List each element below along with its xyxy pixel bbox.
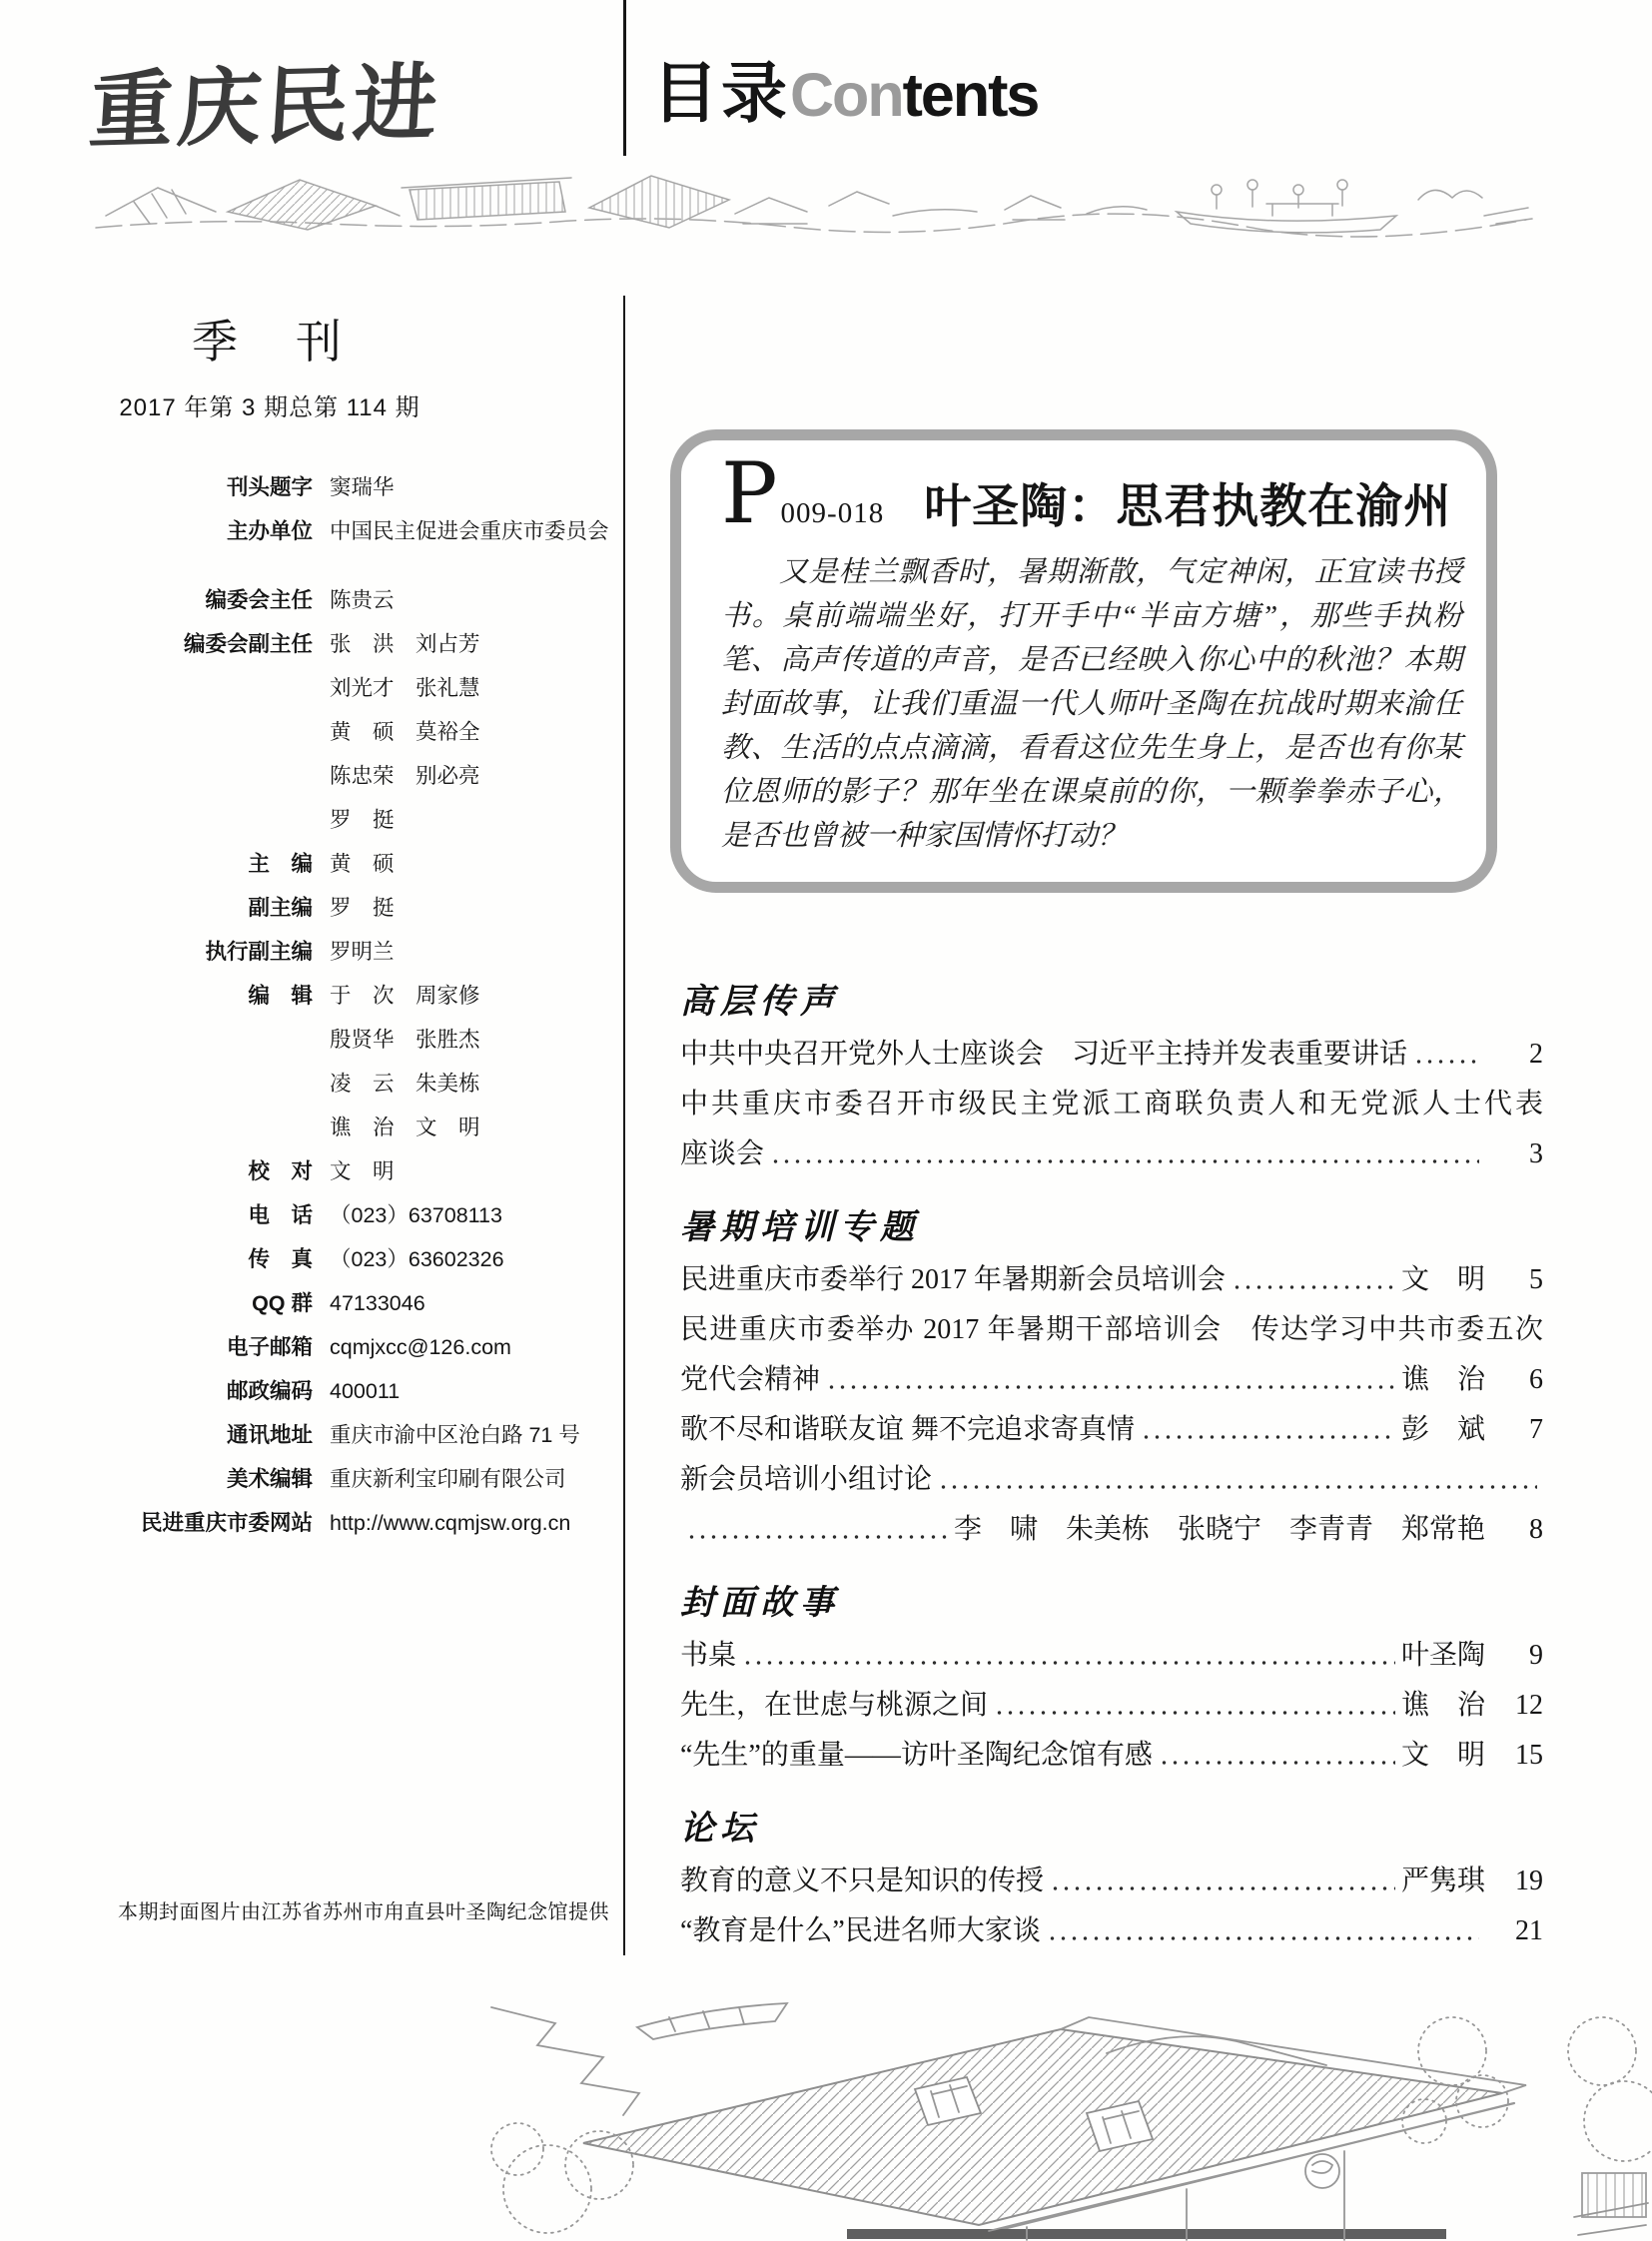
top-sketch-illustration bbox=[88, 150, 1564, 240]
toc-entry-title: “教育是什么”民进名师大家谈 bbox=[680, 1913, 1041, 1949]
masthead-label: 邮政编码 bbox=[95, 1380, 313, 1403]
masthead-label bbox=[95, 809, 313, 832]
toc-entry: 中共中央召开党外人士座谈会 习近平主持并发表重要讲话2 bbox=[680, 1037, 1553, 1073]
masthead-label: 编委会主任 bbox=[95, 589, 313, 612]
feature-title: 叶圣陶：思君执教在渝州 bbox=[924, 469, 1451, 536]
masthead-label bbox=[95, 1073, 313, 1096]
masthead-row: 民进重庆市委网站http://www.cqmjsw.org.cn bbox=[95, 1512, 610, 1535]
dot-leader bbox=[1413, 1037, 1479, 1073]
masthead-label: 编 辑 bbox=[95, 985, 313, 1008]
toc-entry: 中共重庆市委召开市级民主党派工商联负责人和无党派人士代表座谈会3 bbox=[680, 1087, 1553, 1172]
toc-entry-line: 座谈会3 bbox=[680, 1136, 1543, 1172]
toc-entry-title: 教育的意义不只是知识的传授 bbox=[680, 1864, 1044, 1899]
toc-section: 论坛教育的意义不只是知识的传授严隽琪19“教育是什么”民进名师大家谈21 bbox=[680, 1810, 1553, 1949]
toc-section-header: 暑期培训专题 bbox=[680, 1208, 1553, 1246]
feature-page-prefix: P bbox=[721, 454, 778, 534]
masthead-row: 执行副主编罗明兰 bbox=[95, 941, 610, 964]
masthead-label: 传 真 bbox=[95, 1248, 313, 1271]
toc-entry-author: 严隽琪 bbox=[1401, 1864, 1485, 1899]
masthead-row: 编委会主任陈贵云 bbox=[95, 589, 610, 612]
masthead-row: 通讯地址重庆市渝中区沧白路 71 号 bbox=[95, 1424, 610, 1447]
toc-page-number: 12 bbox=[1497, 1688, 1543, 1724]
dot-leader bbox=[938, 1462, 1537, 1498]
toc-section: 高层传声中共中央召开党外人士座谈会 习近平主持并发表重要讲话2中共重庆市委召开市… bbox=[680, 983, 1553, 1172]
feature-summary: 又是桂兰飘香时，暑期渐散，气定神闲，正宜读书授书。桌前端端坐好，打开手中“半亩方… bbox=[721, 550, 1462, 858]
toc-entry-line: 中共重庆市委召开市级民主党派工商联负责人和无党派人士代表 bbox=[680, 1087, 1543, 1122]
masthead-value: cqmjxcc@126.com bbox=[330, 1336, 511, 1359]
toc-entry-line: 歌不尽和谐联友谊 舞不完追求寄真情彭 斌7 bbox=[680, 1412, 1543, 1448]
masthead-value: 凌 云 朱美栋 bbox=[330, 1073, 480, 1096]
toc-entry-line: 民进重庆市委举行 2017 年暑期新会员培训会文 明5 bbox=[680, 1262, 1543, 1298]
masthead-rows: 刊头题字窦瑞华主办单位中国民主促进会重庆市委员会编委会主任陈贵云编委会副主任张 … bbox=[95, 476, 610, 1535]
masthead-row: 编 辑于 次 周家修 bbox=[95, 985, 610, 1008]
toc-entry-title: 中共中央召开党外人士座谈会 习近平主持并发表重要讲话 bbox=[680, 1037, 1407, 1073]
masthead-label: 电子邮箱 bbox=[95, 1336, 313, 1359]
masthead-value: 刘光才 张礼慧 bbox=[330, 677, 480, 700]
masthead-label: 副主编 bbox=[95, 897, 313, 920]
toc-page-number: 15 bbox=[1497, 1738, 1543, 1774]
masthead-row: 刘光才 张礼慧 bbox=[95, 677, 610, 700]
bottom-sketch-illustration bbox=[487, 1993, 1652, 2241]
toc-entry-author: 文 明 bbox=[1401, 1738, 1485, 1774]
dot-leader bbox=[686, 1512, 948, 1548]
journal-heading: 季 刊 2017 年第 3 期总第 114 期 bbox=[95, 306, 444, 422]
masthead-row: 电 话（023）63708113 bbox=[95, 1204, 610, 1227]
masthead-label bbox=[95, 1117, 313, 1139]
masthead-row: 编委会副主任张 洪 刘占芳 bbox=[95, 633, 610, 656]
dot-leader bbox=[1047, 1913, 1479, 1949]
contents-title-zh: 目录 bbox=[652, 58, 790, 131]
masthead-value: 罗 挺 bbox=[330, 809, 395, 832]
masthead-value: 黄 硕 bbox=[330, 853, 395, 876]
masthead-row: 美术编辑重庆新利宝印刷有限公司 bbox=[95, 1468, 610, 1491]
masthead-value: 重庆市渝中区沧白路 71 号 bbox=[330, 1424, 580, 1447]
toc-entry: 歌不尽和谐联友谊 舞不完追求寄真情彭 斌7 bbox=[680, 1412, 1553, 1448]
magazine-contents-page: 重庆民进 目录Contents bbox=[0, 0, 1652, 2241]
toc-entry-line: 民进重庆市委举办 2017 年暑期干部培训会 传达学习中共市委五次 bbox=[680, 1312, 1543, 1348]
toc-page-number: 2 bbox=[1497, 1037, 1543, 1073]
dot-leader bbox=[1050, 1864, 1395, 1899]
toc-entry-line: 新会员培训小组讨论 bbox=[680, 1462, 1543, 1498]
toc-entry-title: “先生”的重量——访叶圣陶纪念馆有感 bbox=[680, 1738, 1153, 1774]
dot-leader bbox=[742, 1638, 1395, 1674]
toc-entry-title: 座谈会 bbox=[680, 1136, 764, 1172]
masthead-row: 主 编黄 硕 bbox=[95, 853, 610, 876]
masthead-label: 校 对 bbox=[95, 1160, 313, 1183]
issue-line: 2017 年第 3 期总第 114 期 bbox=[95, 387, 444, 422]
toc-page-number: 9 bbox=[1497, 1638, 1543, 1674]
masthead-column: 季 刊 2017 年第 3 期总第 114 期 刊头题字窦瑞华主办单位中国民主促… bbox=[95, 306, 610, 1556]
toc-section-header: 论坛 bbox=[680, 1810, 1553, 1848]
toc-section: 暑期培训专题民进重庆市委举行 2017 年暑期新会员培训会文 明5民进重庆市委举… bbox=[680, 1208, 1553, 1548]
header-divider bbox=[623, 0, 626, 156]
masthead-row: 主办单位中国民主促进会重庆市委员会 bbox=[95, 520, 610, 543]
toc-entry-author: 叶圣陶 bbox=[1401, 1638, 1485, 1674]
toc-page-number: 3 bbox=[1497, 1136, 1543, 1172]
magazine-title-calligraphy: 重庆民进 bbox=[86, 35, 444, 165]
toc-entry-line: 书桌叶圣陶9 bbox=[680, 1638, 1543, 1674]
dot-leader bbox=[1141, 1412, 1395, 1448]
contents-title-en-gray: Con bbox=[790, 61, 903, 129]
feature-story-box: P009-018 叶圣陶：思君执教在渝州 又是桂兰飘香时，暑期渐散，气定神闲，正… bbox=[670, 429, 1497, 893]
masthead-row: 校 对文 明 bbox=[95, 1160, 610, 1183]
masthead-value: 窦瑞华 bbox=[330, 476, 395, 499]
masthead-row: 黄 硕 莫裕全 bbox=[95, 721, 610, 744]
contents-column: P009-018 叶圣陶：思君执教在渝州 又是桂兰飘香时，暑期渐散，气定神闲，正… bbox=[654, 429, 1553, 1985]
feature-title-row: P009-018 叶圣陶：思君执教在渝州 bbox=[721, 454, 1462, 536]
masthead-value: （023）63708113 bbox=[330, 1204, 502, 1227]
toc-entry: “先生”的重量——访叶圣陶纪念馆有感文 明15 bbox=[680, 1738, 1553, 1774]
masthead-label: 主办单位 bbox=[95, 520, 313, 543]
masthead-row: 副主编罗 挺 bbox=[95, 897, 610, 920]
column-divider bbox=[623, 296, 625, 1955]
toc-page-number: 19 bbox=[1497, 1864, 1543, 1899]
masthead-value: 陈贵云 bbox=[330, 589, 395, 612]
toc-page-number: 8 bbox=[1497, 1512, 1543, 1548]
masthead-row: 刊头题字窦瑞华 bbox=[95, 476, 610, 499]
toc-page-number: 6 bbox=[1497, 1362, 1543, 1398]
masthead-row: 凌 云 朱美栋 bbox=[95, 1073, 610, 1096]
masthead-value: 于 次 周家修 bbox=[330, 985, 480, 1008]
masthead-label: QQ 群 bbox=[95, 1292, 313, 1315]
toc-entry-line: 李 啸 朱美栋 张晓宁 李青青 郑常艳8 bbox=[680, 1512, 1543, 1548]
toc-entry-author: 谯 治 bbox=[1401, 1362, 1485, 1398]
toc: 高层传声中共中央召开党外人士座谈会 习近平主持并发表重要讲话2中共重庆市委召开市… bbox=[654, 983, 1553, 1949]
toc-entry-title: 党代会精神 bbox=[680, 1362, 820, 1398]
masthead-value: 张 洪 刘占芳 bbox=[330, 633, 480, 656]
masthead-value: 中国民主促进会重庆市委员会 bbox=[330, 520, 609, 543]
masthead-label: 刊头题字 bbox=[95, 476, 313, 499]
contents-title-en-black: tents bbox=[903, 61, 1039, 129]
masthead-row: 殷贤华 张胜杰 bbox=[95, 1029, 610, 1052]
masthead-value: 罗明兰 bbox=[330, 941, 395, 964]
dot-leader bbox=[1232, 1262, 1395, 1298]
toc-section-header: 高层传声 bbox=[680, 983, 1553, 1021]
toc-entry-title: 民进重庆市委举行 2017 年暑期新会员培训会 bbox=[680, 1262, 1226, 1298]
toc-section: 封面故事书桌叶圣陶9先生，在世虑与桃源之间谯 治12“先生”的重量——访叶圣陶纪… bbox=[680, 1584, 1553, 1774]
masthead-value: 重庆新利宝印刷有限公司 bbox=[330, 1468, 566, 1491]
masthead-label: 编委会副主任 bbox=[95, 633, 313, 656]
toc-entry: 民进重庆市委举行 2017 年暑期新会员培训会文 明5 bbox=[680, 1262, 1553, 1298]
toc-entry: 新会员培训小组讨论李 啸 朱美栋 张晓宁 李青青 郑常艳8 bbox=[680, 1462, 1553, 1548]
toc-entry-title: 歌不尽和谐联友谊 舞不完追求寄真情 bbox=[680, 1412, 1135, 1448]
masthead-value: （023）63602326 bbox=[330, 1248, 504, 1271]
toc-entry-title: 先生，在世虑与桃源之间 bbox=[680, 1688, 988, 1724]
masthead-label: 电 话 bbox=[95, 1204, 313, 1227]
feature-page-range: 009-018 bbox=[781, 497, 885, 530]
toc-entry-title: 民进重庆市委举办 2017 年暑期干部培训会 传达学习中共市委五次 bbox=[680, 1312, 1543, 1348]
toc-page-number: 7 bbox=[1497, 1412, 1543, 1448]
masthead-value: 黄 硕 莫裕全 bbox=[330, 721, 480, 744]
toc-section-header: 封面故事 bbox=[680, 1584, 1553, 1622]
masthead-row: 谯 治 文 明 bbox=[95, 1117, 610, 1139]
dot-leader bbox=[1159, 1738, 1395, 1774]
toc-entry-author: 文 明 bbox=[1401, 1262, 1485, 1298]
toc-entry-line: 中共中央召开党外人士座谈会 习近平主持并发表重要讲话2 bbox=[680, 1037, 1543, 1073]
masthead-label: 美术编辑 bbox=[95, 1468, 313, 1491]
toc-entry-line: 教育的意义不只是知识的传授严隽琪19 bbox=[680, 1864, 1543, 1899]
toc-page-number: 5 bbox=[1497, 1262, 1543, 1298]
masthead-value: 罗 挺 bbox=[330, 897, 395, 920]
toc-entry-line: “教育是什么”民进名师大家谈21 bbox=[680, 1913, 1543, 1949]
toc-entry-title: 新会员培训小组讨论 bbox=[680, 1462, 932, 1498]
masthead-value: 殷贤华 张胜杰 bbox=[330, 1029, 480, 1052]
masthead-value: 谯 治 文 明 bbox=[330, 1117, 480, 1139]
masthead-row: 传 真（023）63602326 bbox=[95, 1248, 610, 1271]
toc-entry: 教育的意义不只是知识的传授严隽琪19 bbox=[680, 1864, 1553, 1899]
toc-entry: 书桌叶圣陶9 bbox=[680, 1638, 1553, 1674]
masthead-value: 400011 bbox=[330, 1380, 400, 1403]
toc-entry-line: 先生，在世虑与桃源之间谯 治12 bbox=[680, 1688, 1543, 1724]
masthead-label: 执行副主编 bbox=[95, 941, 313, 964]
masthead-label: 通讯地址 bbox=[95, 1424, 313, 1447]
masthead-row: 电子邮箱cqmjxcc@126.com bbox=[95, 1336, 610, 1359]
dot-leader bbox=[826, 1362, 1395, 1398]
masthead-label bbox=[95, 721, 313, 744]
masthead-row: 陈忠荣 别必亮 bbox=[95, 765, 610, 788]
masthead-label bbox=[95, 677, 313, 700]
masthead-row: QQ 群47133046 bbox=[95, 1292, 610, 1315]
contents-title: 目录Contents bbox=[652, 62, 1038, 128]
masthead-label bbox=[95, 1029, 313, 1052]
masthead-value: 陈忠荣 别必亮 bbox=[330, 765, 480, 788]
toc-entry-author: 李 啸 朱美栋 张晓宁 李青青 郑常艳 bbox=[954, 1512, 1485, 1548]
masthead-row: 罗 挺 bbox=[95, 809, 610, 832]
masthead-label: 民进重庆市委网站 bbox=[95, 1512, 313, 1535]
masthead-value: http://www.cqmjsw.org.cn bbox=[330, 1512, 570, 1535]
toc-entry-author: 谯 治 bbox=[1401, 1688, 1485, 1724]
toc-entry-line: “先生”的重量——访叶圣陶纪念馆有感文 明15 bbox=[680, 1738, 1543, 1774]
masthead-row: 邮政编码400011 bbox=[95, 1380, 610, 1403]
masthead-label: 主 编 bbox=[95, 853, 313, 876]
toc-entry: “教育是什么”民进名师大家谈21 bbox=[680, 1913, 1553, 1949]
masthead-label bbox=[95, 765, 313, 788]
journal-type: 季 刊 bbox=[95, 306, 444, 372]
cover-credit-note: 本期封面图片由江苏省苏州市甪直县叶圣陶纪念馆提供 bbox=[118, 1895, 609, 1924]
toc-page-number: 21 bbox=[1497, 1913, 1543, 1949]
toc-entry: 先生，在世虑与桃源之间谯 治12 bbox=[680, 1688, 1553, 1724]
toc-entry-title: 中共重庆市委召开市级民主党派工商联负责人和无党派人士代表 bbox=[680, 1087, 1543, 1122]
masthead-value: 文 明 bbox=[330, 1160, 395, 1183]
masthead-value: 47133046 bbox=[330, 1292, 425, 1315]
dot-leader bbox=[994, 1688, 1395, 1724]
dot-leader bbox=[770, 1136, 1479, 1172]
toc-entry: 民进重庆市委举办 2017 年暑期干部培训会 传达学习中共市委五次党代会精神谯 … bbox=[680, 1312, 1553, 1398]
toc-entry-line: 党代会精神谯 治6 bbox=[680, 1362, 1543, 1398]
toc-entry-author: 彭 斌 bbox=[1401, 1412, 1485, 1448]
toc-entry-title: 书桌 bbox=[680, 1638, 736, 1674]
